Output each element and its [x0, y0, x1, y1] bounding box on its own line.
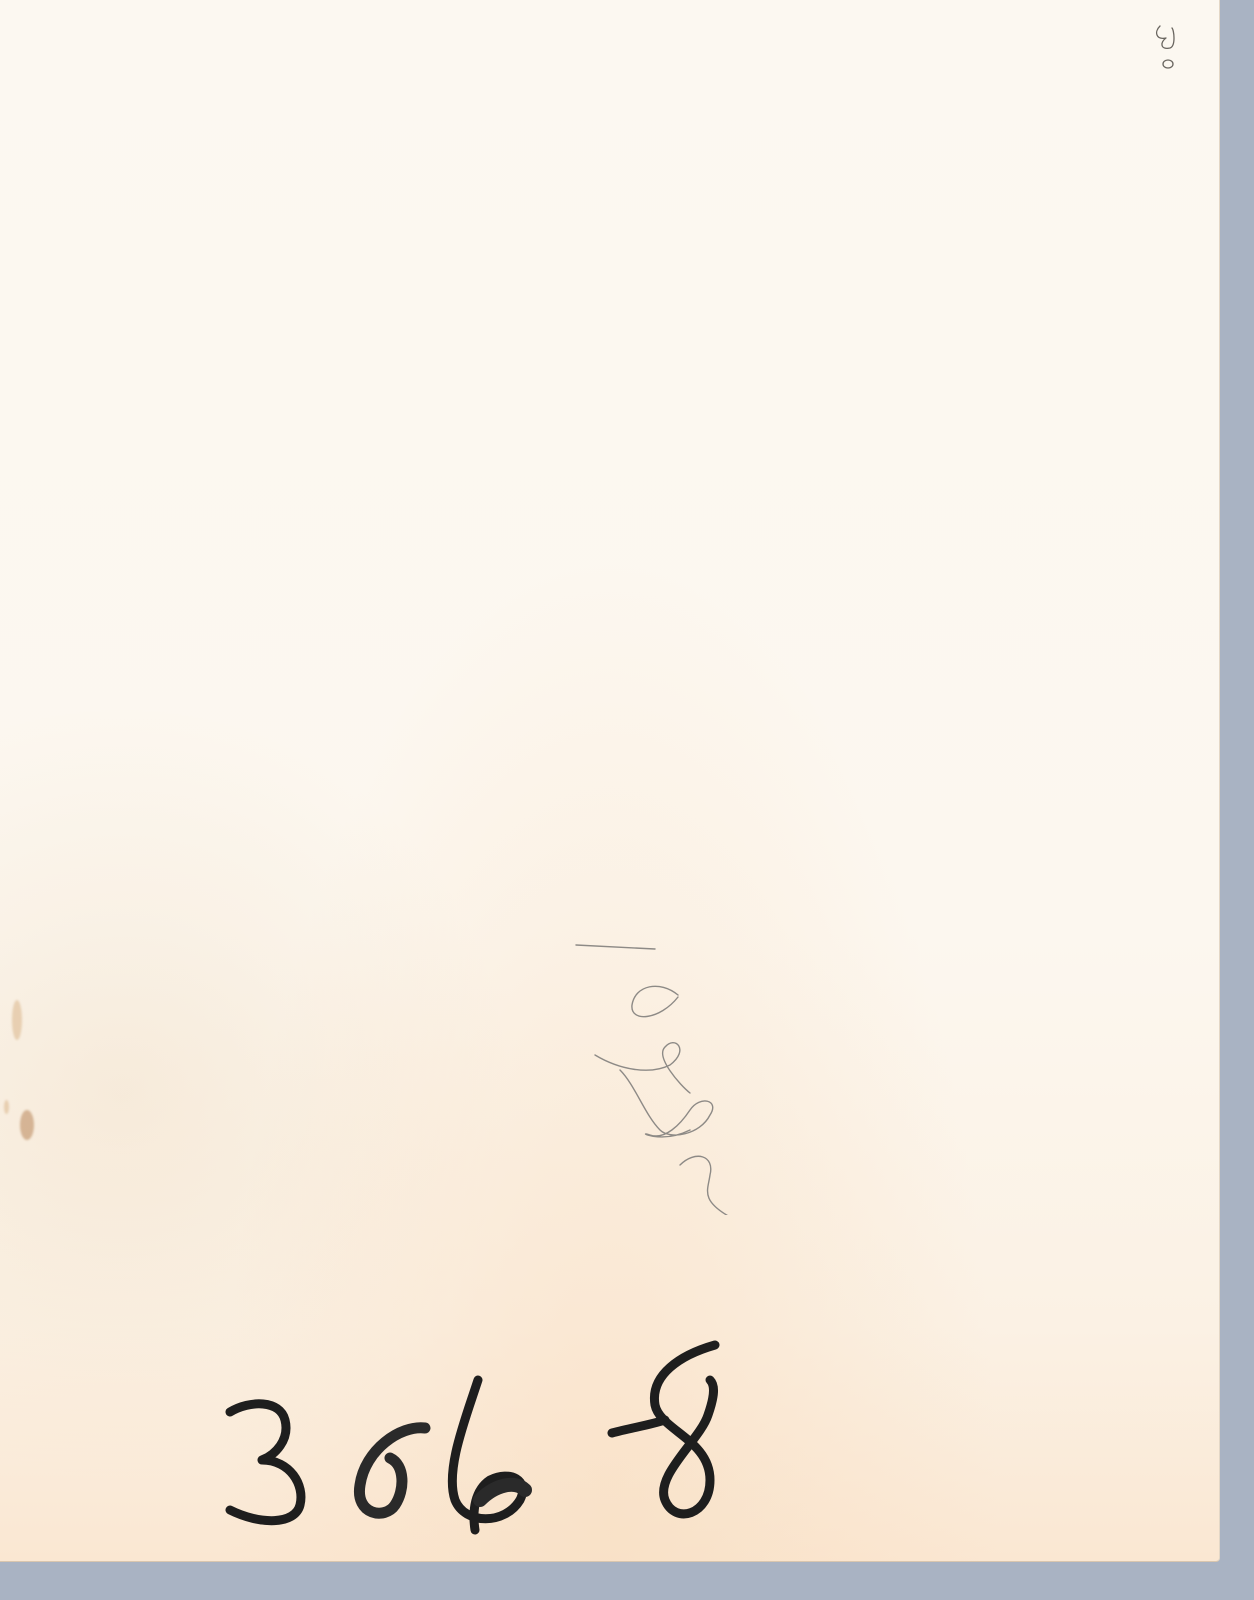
age-stain — [12, 1000, 22, 1040]
age-stain — [20, 1110, 34, 1140]
annotation-center: 1028 — [560, 935, 740, 1215]
pencil-1028-glyph — [560, 935, 740, 1215]
pencil-30-glyph — [1150, 18, 1190, 78]
photo-back-paper: 30 1028 306 8 — [0, 0, 1220, 1562]
crayon-3068-glyph — [210, 1300, 830, 1540]
annotation-top-right: 30 — [1150, 18, 1190, 78]
age-stain — [4, 1100, 9, 1114]
annotation-bottom: 306 8 — [210, 1300, 830, 1540]
